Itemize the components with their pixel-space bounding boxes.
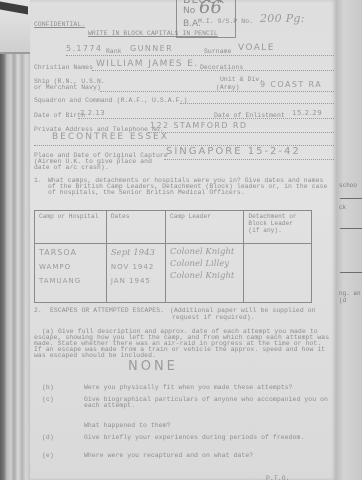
question-2e-text: Where were you recaptured and on what da… xyxy=(84,452,253,459)
christian-names-label: Christian Names xyxy=(34,64,93,71)
rank-value: GUNNER xyxy=(130,44,173,53)
question-2c-label: (c) xyxy=(42,396,54,403)
question-2d-label: (d) xyxy=(42,434,54,441)
christian-names-value: WILLIAM JAMES E. xyxy=(96,59,199,69)
divider xyxy=(340,272,362,273)
camp-date: JAN 1945 xyxy=(111,274,161,288)
table-header-row: Camp or Hospital Dates Camp Leader Detac… xyxy=(35,211,312,244)
detachment-column xyxy=(244,244,312,303)
instruction-text: WRITE IN BLOCK CAPITALS IN PENCIL xyxy=(88,30,218,37)
surname-label: Surname xyxy=(204,48,232,55)
binder-spine xyxy=(0,0,30,480)
header-detachment-leader: Detachment or Block Leader (if any). xyxy=(244,211,312,244)
stamp-number: 66 xyxy=(199,0,222,18)
camp-name: TAMUANG xyxy=(39,274,102,288)
dotted-line xyxy=(100,91,334,92)
camp-leader: Colonel Knight xyxy=(170,246,239,258)
form-ref-label: M.I. 9/S.P No. xyxy=(198,18,253,25)
question-2c-text: What happened to them? xyxy=(84,422,171,429)
side-text: ck xyxy=(339,204,346,211)
dotted-line xyxy=(164,159,334,160)
question-1-text: of hospitals, the Senior British Medical… xyxy=(48,189,245,196)
side-text: ng. an xyxy=(339,290,361,297)
capture-value: SINGAPORE 15-2-42 xyxy=(166,146,301,157)
header-camp: Camp or Hospital xyxy=(35,211,107,244)
question-2-number: 2. xyxy=(34,307,42,314)
divider xyxy=(340,228,362,229)
dob-value: 2.2.13 xyxy=(80,109,105,117)
ship-label-2: or Merchant Navy) xyxy=(34,84,101,91)
camp-date: Sept 1943 xyxy=(111,246,161,260)
dates-column: Sept 1943 NOV 1942 JAN 1945 xyxy=(106,244,165,303)
surname-value: VOALE xyxy=(238,43,275,53)
question-2e-label: (e) xyxy=(42,452,54,459)
question-2b-text: Were you physically fit when you made th… xyxy=(84,384,293,391)
leader-column: Colonel Knight Colonel Lilley Colonel Kn… xyxy=(166,244,244,303)
question-1-number: 1. xyxy=(34,177,42,184)
form-ref-value: 200 Pg: xyxy=(260,12,305,25)
address-value-1: 122 STAMFORD RD xyxy=(150,121,247,130)
camp-name: WAMPO xyxy=(39,260,102,274)
camp-leader: Colonel Knight xyxy=(170,270,239,282)
question-2b-label: (b) xyxy=(42,384,54,391)
dotted-line xyxy=(180,103,334,104)
enlistment-label: Date of Enlistment xyxy=(214,112,285,119)
side-text: schoo xyxy=(339,182,357,189)
table-row: TARSOA WAMPO TAMUANG Sept 1943 NOV 1942 … xyxy=(35,244,312,303)
stamp-line-2: No xyxy=(183,6,195,16)
side-text: (d xyxy=(339,297,346,304)
dotted-line xyxy=(78,118,334,119)
divider xyxy=(340,198,362,199)
answer-none: NONE xyxy=(128,359,178,374)
unit-value: 9 COAST RA xyxy=(260,80,322,89)
enlistment-value: 15.2.29 xyxy=(292,109,322,117)
camps-table: Camp or Hospital Dates Camp Leader Detac… xyxy=(34,210,312,303)
camp-leader: Colonel Lilley xyxy=(170,258,239,270)
capture-note-2: date of a/c crash). xyxy=(34,164,109,171)
classification-label: CONFIDENTIAL. xyxy=(34,21,85,28)
unit-label: Unit & Div. xyxy=(220,76,263,83)
camp-date: NOV 1942 xyxy=(111,260,161,274)
adjacent-sheet-edge: schoo ck ng. an (d xyxy=(335,0,362,480)
pto-label: P.T.O. xyxy=(266,475,290,480)
header-camp-leader: Camp Leader xyxy=(166,211,244,244)
dotted-line xyxy=(148,132,334,133)
decorations-label: Decorations xyxy=(200,64,243,71)
service-number-value: 5.1774 xyxy=(66,44,102,53)
address-value-2: BECONTREE ESSEX xyxy=(52,132,169,142)
header-dates: Dates xyxy=(106,211,165,244)
camps-column: TARSOA WAMPO TAMUANG xyxy=(35,244,107,303)
unit-label-2: (Army) xyxy=(216,84,240,91)
rank-label: Rank xyxy=(106,48,122,55)
dotted-line xyxy=(66,55,334,56)
question-2d-text: Give briefly your experiences during per… xyxy=(84,434,304,441)
camp-name: TARSOA xyxy=(39,246,102,260)
question-2a-text: was escaped should be included. xyxy=(34,352,156,359)
binder-tab xyxy=(0,0,30,54)
question-2-note: (Additional paper will be supplied on xyxy=(170,307,316,314)
question-2-title: ESCAPES OR ATTEMPTED ESCAPES. xyxy=(50,307,164,314)
question-2c-text: each attempt. xyxy=(84,402,135,409)
squadron-label: Squadron and Command (R.A.F., U.S.A.F.) xyxy=(34,97,187,104)
question-2-note: request if required). xyxy=(172,314,255,321)
